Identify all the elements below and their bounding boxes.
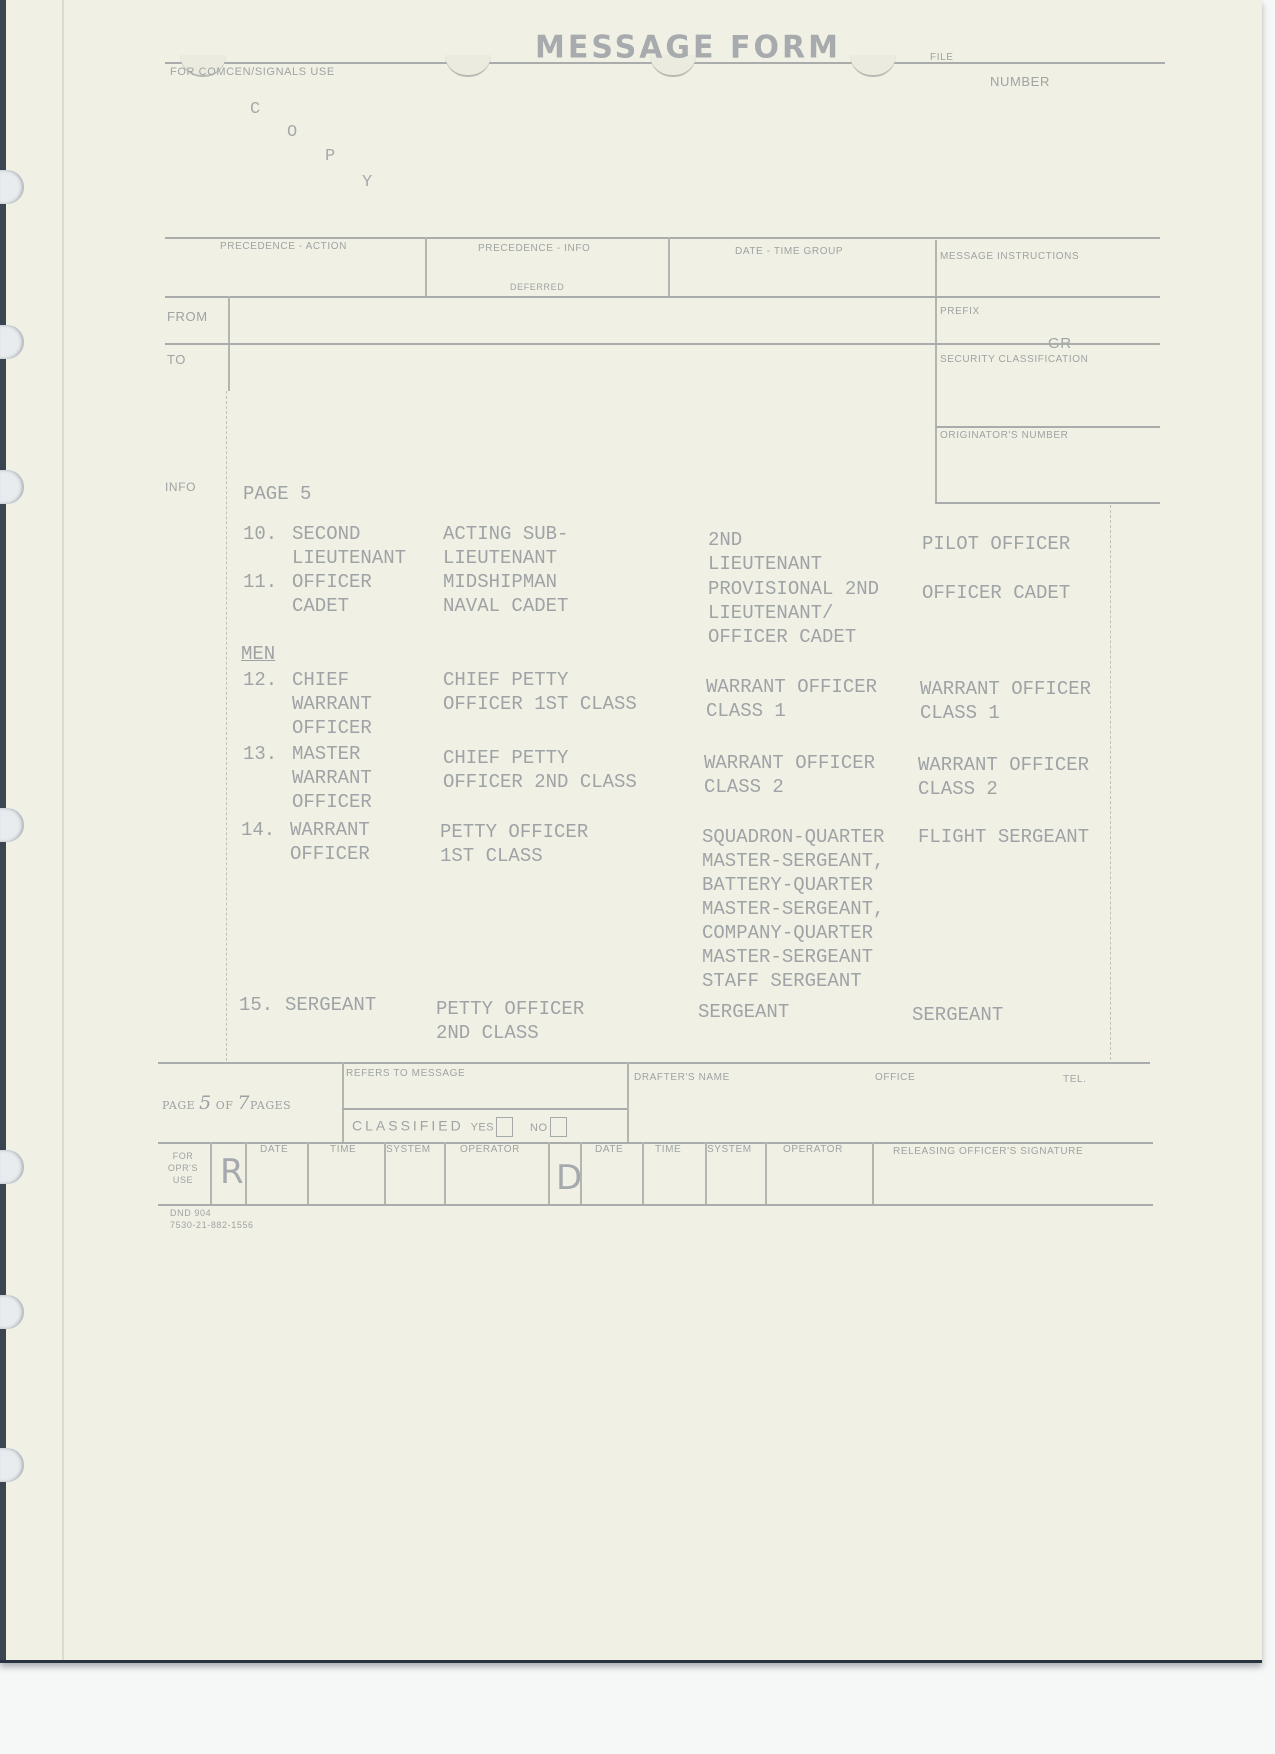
footer-divider xyxy=(210,1142,212,1204)
copy-stamp-letter: C xyxy=(250,100,260,119)
page-number: 5 xyxy=(199,1092,212,1114)
dispatched-date-label: DATE xyxy=(595,1144,623,1155)
punch-hole xyxy=(0,808,24,842)
no-label: NO xyxy=(530,1122,548,1134)
drafters-name-label: DRAFTER'S NAME xyxy=(634,1072,730,1083)
rank-army: OFFICER CADET xyxy=(292,570,372,618)
originators-number-label: ORIGINATOR'S NUMBER xyxy=(940,430,1069,441)
left-margin-line xyxy=(226,391,227,1061)
footer-rule xyxy=(158,1204,1153,1206)
file-label: FILE xyxy=(930,52,954,63)
punch-hole xyxy=(0,170,24,204)
refers-to-message-label: REFERS TO MESSAGE xyxy=(346,1068,465,1079)
footer-rule xyxy=(342,1108,627,1110)
page-count: PAGE 5 OF 7PAGES xyxy=(162,1092,291,1114)
classified-label: CLASSIFIED xyxy=(352,1118,464,1134)
rank-land: WARRANT OFFICER CLASS 1 xyxy=(706,675,877,723)
rank-navy: ACTING SUB- LIEUTENANT xyxy=(443,522,568,570)
footer-divider xyxy=(872,1142,874,1204)
rank-land: PROVISIONAL 2ND LIEUTENANT/ OFFICER CADE… xyxy=(708,577,879,649)
rank-navy: MIDSHIPMAN NAVAL CADET xyxy=(443,570,568,618)
footer-divider xyxy=(765,1142,767,1204)
form-title: MESSAGE FORM xyxy=(535,29,841,66)
rank-air: PILOT OFFICER xyxy=(922,532,1070,556)
releasing-officer-label: RELEASING OFFICER'S SIGNATURE xyxy=(893,1146,1083,1157)
grid-rule xyxy=(935,502,1160,504)
for-ops-use-label: FOR OPR'S USE xyxy=(165,1150,201,1186)
yes-label: YES xyxy=(471,1122,495,1134)
received-system-label: SYSTEM xyxy=(386,1144,431,1155)
to-label: TO xyxy=(167,352,186,367)
rank-navy: PETTY OFFICER 2ND CLASS xyxy=(436,997,584,1045)
rank-army: WARRANT OFFICER xyxy=(290,818,370,866)
pages-label: PAGES xyxy=(250,1099,291,1112)
deferred-label: DEFERRED xyxy=(510,282,564,292)
rank-air: OFFICER CADET xyxy=(922,581,1070,605)
row-number: 14. xyxy=(241,818,275,842)
for-use-label: FOR COMCEN/SIGNALS USE xyxy=(170,66,335,78)
rank-land: 2ND LIEUTENANT xyxy=(708,528,822,576)
dispatched-time-label: TIME xyxy=(655,1144,681,1155)
total-pages: 7 xyxy=(237,1092,250,1114)
right-margin-line xyxy=(1110,505,1111,1060)
precedence-action-label: PRECEDENCE - ACTION xyxy=(220,241,347,252)
punch-hole xyxy=(0,470,24,504)
yes-checkbox[interactable] xyxy=(496,1117,513,1137)
grid-divider xyxy=(668,237,670,296)
copy-stamp-letter: O xyxy=(287,123,297,142)
binder-edge xyxy=(62,0,64,1660)
rank-army: MASTER WARRANT OFFICER xyxy=(292,742,372,814)
row-number: 10. xyxy=(243,522,277,546)
row-number: 15. xyxy=(239,993,273,1017)
form-code: DND 904 xyxy=(170,1208,211,1218)
from-label: FROM xyxy=(167,309,208,324)
prefix-label: PREFIX xyxy=(940,306,980,317)
form-notch xyxy=(850,55,896,77)
footer-divider xyxy=(627,1062,629,1142)
office-label: OFFICE xyxy=(875,1072,915,1083)
rank-air: FLIGHT SERGEANT xyxy=(918,825,1089,849)
punch-hole xyxy=(0,1448,24,1482)
footer-divider xyxy=(642,1142,644,1204)
dispatched-letter: D xyxy=(556,1158,582,1198)
precedence-info-label: PRECEDENCE - INFO xyxy=(478,243,590,254)
rank-land: SERGEANT xyxy=(698,1000,789,1024)
row-number: 13. xyxy=(243,742,277,766)
grid-rule xyxy=(165,237,1160,239)
punch-hole xyxy=(0,1295,24,1329)
footer-divider xyxy=(580,1142,582,1204)
rank-navy: PETTY OFFICER 1ST CLASS xyxy=(440,820,588,868)
grid-rule xyxy=(935,426,1160,428)
row-number: 11. xyxy=(243,570,277,594)
dispatched-operator-label: OPERATOR xyxy=(783,1144,843,1155)
rank-navy: CHIEF PETTY OFFICER 2ND CLASS xyxy=(443,746,637,794)
rank-land: SQUADRON-QUARTER MASTER-SERGEANT, BATTER… xyxy=(702,825,884,993)
footer-divider xyxy=(444,1142,446,1204)
grid-divider xyxy=(425,237,427,296)
form-notch xyxy=(445,55,491,77)
stock-number: 7530-21-882-1556 xyxy=(170,1220,254,1230)
rank-air: WARRANT OFFICER CLASS 1 xyxy=(920,677,1091,725)
info-label: INFO xyxy=(165,480,196,494)
message-instructions-label: MESSAGE INSTRUCTIONS xyxy=(940,251,1079,262)
of-label: OF xyxy=(216,1099,234,1112)
rank-navy: CHIEF PETTY OFFICER 1ST CLASS xyxy=(443,668,637,716)
footer-divider xyxy=(548,1142,550,1204)
grid-divider xyxy=(935,240,937,502)
received-letter: R xyxy=(220,1152,244,1192)
received-time-label: TIME xyxy=(330,1144,356,1155)
classified-row: CLASSIFIED YES NO xyxy=(352,1117,567,1137)
page-heading: PAGE 5 xyxy=(243,482,311,506)
page-label: PAGE xyxy=(162,1099,195,1112)
date-time-group-label: DATE - TIME GROUP xyxy=(735,246,843,257)
rank-air: SERGEANT xyxy=(912,1003,1003,1027)
scanned-page: MESSAGE FORM FOR COMCEN/SIGNALS USE FILE… xyxy=(0,0,1262,1663)
punch-hole xyxy=(0,1150,24,1184)
tel-label: TEL. xyxy=(1063,1074,1087,1085)
rank-air: WARRANT OFFICER CLASS 2 xyxy=(918,753,1089,801)
footer-divider xyxy=(342,1062,344,1142)
copy-stamp-letter: P xyxy=(325,147,335,166)
received-operator-label: OPERATOR xyxy=(460,1144,520,1155)
footer-divider xyxy=(307,1142,309,1204)
copy-stamp-letter: Y xyxy=(362,173,372,192)
footer-divider xyxy=(245,1142,247,1204)
rank-army: CHIEF WARRANT OFFICER xyxy=(292,668,372,740)
rank-army: SECOND LIEUTENANT xyxy=(292,522,406,570)
grid-rule xyxy=(165,296,1160,298)
dispatched-system-label: SYSTEM xyxy=(707,1144,752,1155)
grid-rule xyxy=(165,343,1160,345)
number-label: NUMBER xyxy=(990,74,1050,89)
punch-hole xyxy=(0,325,24,359)
men-heading: MEN xyxy=(241,642,275,666)
row-number: 12. xyxy=(243,668,277,692)
security-classification-label: SECURITY CLASSIFICATION xyxy=(940,354,1088,365)
rank-land: WARRANT OFFICER CLASS 2 xyxy=(704,751,875,799)
rank-army: SERGEANT xyxy=(285,993,376,1017)
received-date-label: DATE xyxy=(260,1144,288,1155)
footer-rule xyxy=(158,1062,1150,1064)
no-checkbox[interactable] xyxy=(550,1117,567,1137)
